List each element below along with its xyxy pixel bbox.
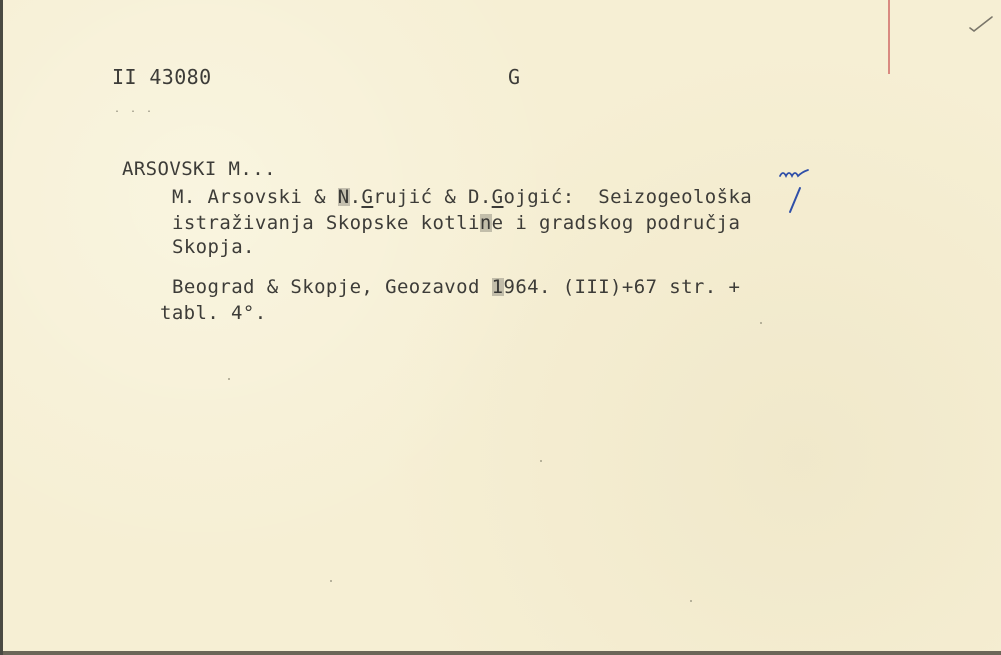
paper-speck xyxy=(690,600,692,602)
text-segment: M. Arsovski & xyxy=(172,186,338,208)
text-segment: 964. (III)+67 str. + xyxy=(504,276,741,298)
underlined-letter: G xyxy=(492,186,504,208)
check-mark-icon xyxy=(968,14,994,34)
overtyped-char: 1 xyxy=(492,276,504,298)
overtyped-char: n xyxy=(480,212,492,234)
authors-title-line: M. Arsovski & N.Grujić & D.Gojgić: Seizo… xyxy=(172,186,752,208)
decorative-dots: ... xyxy=(114,104,162,115)
underlined-letter: G xyxy=(361,186,373,208)
red-margin-line xyxy=(888,0,890,74)
paper-speck xyxy=(330,580,332,582)
text-segment: Beograd & Skopje, Geozavod xyxy=(172,276,492,298)
imprint-line-2: tabl. 4°. xyxy=(160,302,267,324)
imprint-line-1: Beograd & Skopje, Geozavod 1964. (III)+6… xyxy=(172,276,740,298)
title-line-3: Skopja. xyxy=(172,236,255,258)
paper-speck xyxy=(540,460,542,462)
call-number: II 43080 xyxy=(112,66,212,88)
corrected-char: o xyxy=(646,186,658,208)
text-segment: geološka xyxy=(657,186,752,208)
handwritten-correction xyxy=(774,166,824,216)
location-code: G xyxy=(508,66,520,88)
catalog-card: II 43080 G ... ARSOVSKI M... M. Arsovski… xyxy=(0,0,1001,655)
text-segment: rujić & D. xyxy=(373,186,491,208)
title-line-2: istraživanja Skopske kotline i gradskog … xyxy=(172,212,740,234)
text-segment: ojgić: Seiz xyxy=(504,186,646,208)
text-segment: . xyxy=(350,186,362,208)
paper-speck xyxy=(228,378,230,380)
text-segment: istraživanja Skopske kotli xyxy=(172,212,480,234)
text-segment: e i gradskog područja xyxy=(492,212,741,234)
paper-speck xyxy=(760,322,762,324)
author-heading: ARSOVSKI M... xyxy=(122,158,276,180)
overtyped-initial: N xyxy=(338,186,350,208)
